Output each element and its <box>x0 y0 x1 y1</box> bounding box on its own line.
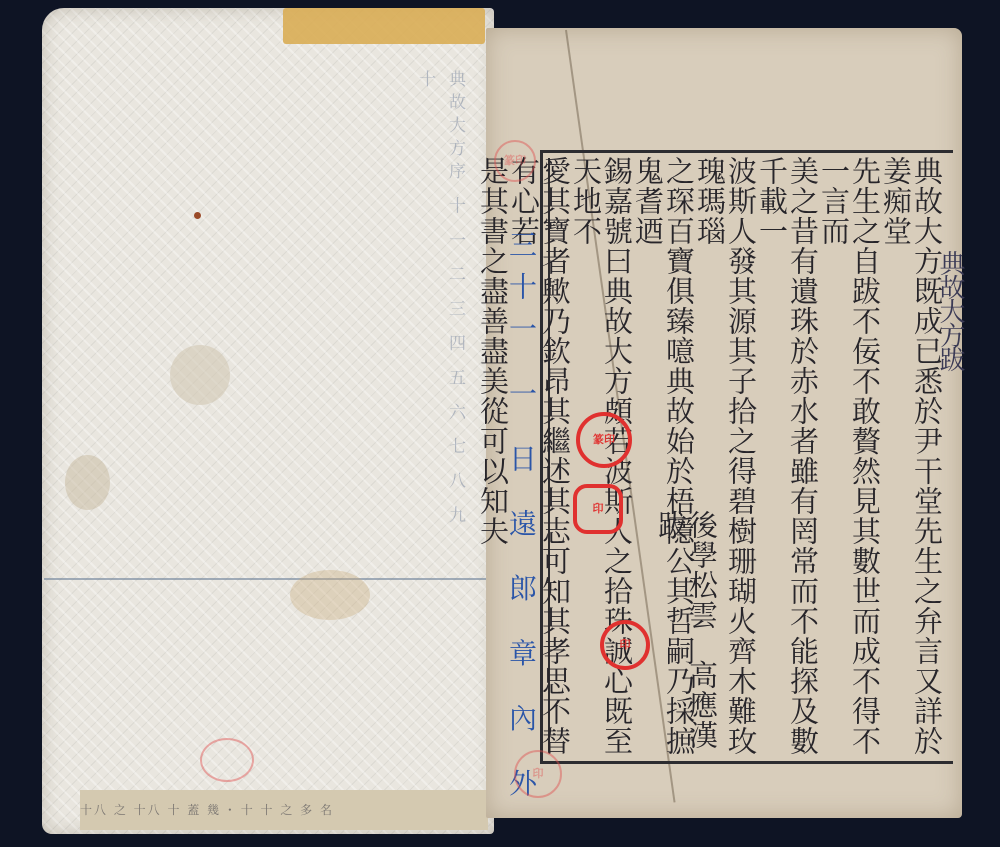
seal-top: 篆印 <box>494 140 536 182</box>
text-column: 是其書之盡善盡美從可以知夫 <box>477 156 508 756</box>
water-stain <box>170 345 230 405</box>
text-column: 美之昔有遺珠於赤水者雖有罔常而不能探及數千載一 <box>756 156 818 756</box>
seal-lower: 印 <box>600 620 650 670</box>
left-page-faded-text: 典故大方序 十 一 二 三 四 五 六 七 八 九 十 <box>90 70 470 560</box>
seal-round: 篆印 <box>576 412 632 468</box>
handwritten-annotation: 三十一 一 日 遠 郎 章 內 外 <box>506 230 536 810</box>
ink-dot <box>194 212 201 219</box>
seal-bottom: 印 <box>514 750 562 798</box>
water-stain <box>65 455 110 510</box>
left-page-rule <box>44 578 492 580</box>
seal-square: 印 <box>573 484 623 534</box>
repair-tape <box>283 8 485 44</box>
signature: 後學松雲 高應漢跋 <box>655 510 717 750</box>
text-column: 典故大方既成已悉於尹干堂先生之弁言又詳於姜痴堂 <box>880 156 942 756</box>
text-column: 先生之自跋不佞不敢贅然見其數世而成不得不一言而 <box>818 156 880 756</box>
left-page-bottom-text: 十八 之 十八 十 蓋 幾 ･ 十 十 之 多 名 <box>80 790 488 830</box>
faint-seal-left <box>200 738 254 782</box>
foxing-stain <box>290 570 370 620</box>
